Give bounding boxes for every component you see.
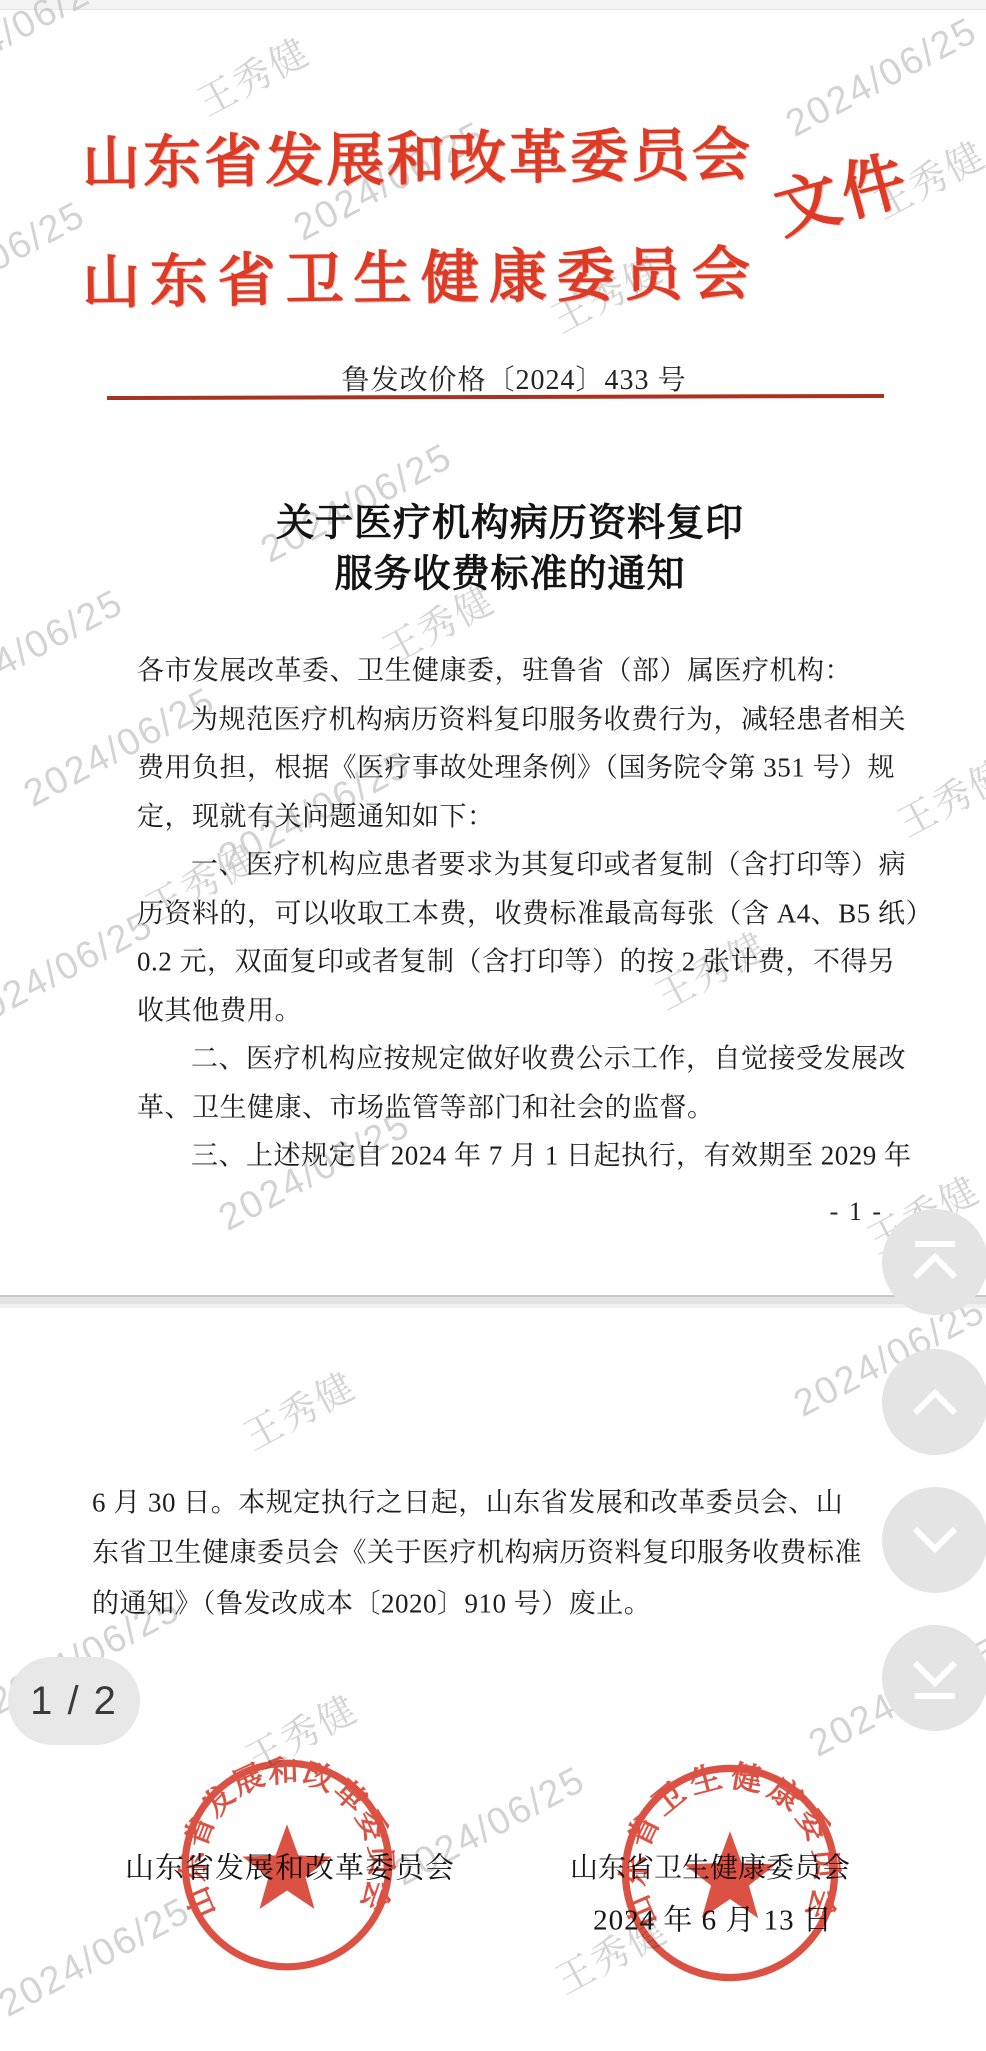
watermark-text: 2024/06/25 [0, 1890, 198, 2027]
official-seal-left: 山东省发展和改革委员会 [175, 1753, 399, 1977]
watermark-text: 2024/06/25 [779, 10, 985, 147]
chevron-down-icon [905, 1515, 965, 1565]
body-line: 收其他费用。 [137, 989, 302, 1028]
back-to-top-icon [905, 1237, 965, 1287]
page-separator [0, 1295, 986, 1308]
body-line: 三、上述规定自 2024 年 7 月 1 日起执行，有效期至 2029 年 [137, 1134, 912, 1173]
body-line: 东省卫生健康委员会《关于医疗机构病历资料复印服务收费标准 [92, 1531, 862, 1570]
body-line: 0.2 元，双面复印或者复制（含打印等）的按 2 张计费，不得另 [137, 940, 896, 979]
watermark-text: 王秀健 [186, 22, 318, 127]
watermark-text: 2024/06/25 [0, 0, 118, 98]
page-indicator-badge: 1 / 2 [8, 1657, 140, 1745]
go-to-bottom-icon [905, 1653, 965, 1703]
body-line: 为规范医疗机构病历资料复印服务收费行为，减轻患者相关 [137, 698, 906, 737]
body-line: 费用负担，根据《医疗事故处理条例》（国务院令第 351 号）规 [137, 746, 895, 785]
notice-title-line-1: 关于医疗机构病历资料复印 [276, 492, 744, 547]
body-line: 一、医疗机构应患者要求为其复印或者复制（含打印等）病 [137, 843, 906, 882]
notice-title-line-2: 服务收费标准的通知 [334, 543, 685, 598]
letterhead-agency-2: 山东省卫生健康委员会 [81, 226, 750, 319]
watermark-text: 2024/06/25 [0, 194, 93, 331]
document-number: 鲁发改价格〔2024〕433 号 [341, 358, 686, 398]
scroll-up-button[interactable] [882, 1349, 986, 1455]
document-viewer: 2024/06/25王秀健2024/06/252024/06/25王秀健2024… [0, 0, 986, 2051]
body-line: 各市发展改革委、卫生健康委，驻鲁省（部）属医疗机构： [137, 649, 852, 688]
body-line: 革、卫生健康、市场监管等部门和社会的监督。 [137, 1086, 715, 1125]
scroll-down-button[interactable] [882, 1487, 986, 1593]
body-line: 的通知》（鲁发改成本〔2020〕910 号）废止。 [92, 1582, 651, 1621]
letterhead-agency-1: 山东省发展和改革委员会 [81, 107, 750, 200]
watermark-text: 王秀健 [886, 743, 986, 848]
go-to-bottom-button[interactable] [882, 1625, 986, 1731]
body-line: 定，现就有关问题通知如下： [137, 795, 495, 834]
back-to-top-button[interactable] [882, 1209, 986, 1315]
body-line: 二、医疗机构应按规定做好收费公示工作，自觉接受发展改 [137, 1037, 906, 1076]
letterhead-divider-rule [107, 394, 884, 400]
watermark-text: 王秀健 [232, 1356, 364, 1461]
body-line: 6 月 30 日。本规定执行之日起，山东省发展和改革委员会、山 [92, 1481, 843, 1520]
chevron-up-icon [905, 1377, 965, 1427]
letterhead-wenjian-label: 文件 [763, 128, 918, 252]
body-line: 历资料的，可以收取工本费，收费标准最高每张（含 A4、B5 纸） [137, 892, 933, 931]
official-seal-right: 山东省卫生健康委员会 [615, 1758, 845, 1988]
photo-top-edge [0, 0, 986, 10]
watermark-text: 2024/06/25 [0, 582, 131, 719]
page-1-number: - 1 - [770, 1197, 883, 1227]
